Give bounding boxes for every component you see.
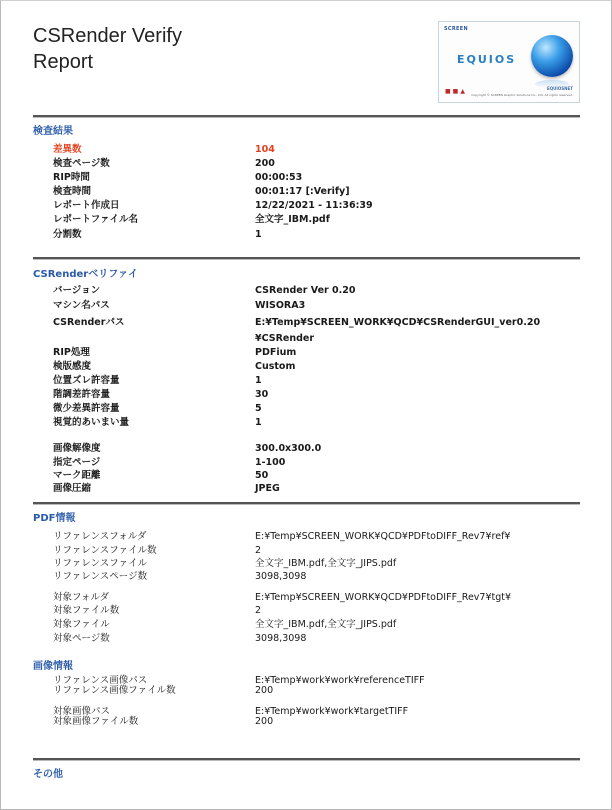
row-value: 2 xyxy=(255,545,555,556)
row-label: RIP処理 xyxy=(53,347,90,358)
row-value: 3098,3098 xyxy=(255,571,555,582)
row-label: 対象ページ数 xyxy=(53,633,110,644)
row-label: 対象ファイル xyxy=(53,619,110,630)
equios-logo: SCREEN EQUIOS ■■▲ EQUIOSNET Copyright © … xyxy=(438,21,580,103)
row-label: 画像解像度 xyxy=(53,443,101,454)
row-label: CSRenderパス xyxy=(53,317,124,328)
logo-orb-icon xyxy=(531,35,573,77)
row-label: レポートファイル名 xyxy=(53,214,138,225)
section-title-pdf-info: PDF情報 xyxy=(33,509,75,524)
row-label: 対象画像ファイル数 xyxy=(53,717,138,727)
logo-app-icons: ■■▲ xyxy=(445,88,467,95)
row-value: E:¥Temp¥work¥work¥referenceTIFF xyxy=(255,676,555,686)
row-label: 微少差異許容量 xyxy=(53,403,120,414)
row-label: リファレンスファイル xyxy=(53,558,147,569)
section-divider xyxy=(33,257,580,260)
row-value: 00:01:17 [:Verify] xyxy=(255,186,555,197)
row-value: PDFium xyxy=(255,347,555,358)
row-label: マシン名パス xyxy=(53,300,110,311)
logo-copyright: Copyright © SCREEN Graphic Solutions Co.… xyxy=(471,93,573,97)
row-label: 差異数 xyxy=(53,144,82,155)
row-label: レポート作成日 xyxy=(53,200,120,211)
row-value: 5 xyxy=(255,403,555,414)
row-label: 階調差許容量 xyxy=(53,389,110,400)
row-label: リファレンスフォルダ xyxy=(53,531,146,542)
row-value: E:¥Temp¥work¥work¥targetTIFF xyxy=(255,707,555,717)
row-value: E:¥Temp¥SCREEN_WORK¥QCD¥PDFtoDIFF_Rev7¥r… xyxy=(255,531,555,542)
logo-brand: SCREEN xyxy=(444,26,468,32)
row-value: CSRender Ver 0.20 xyxy=(255,285,555,296)
row-value: 200 xyxy=(255,158,555,169)
row-value: JPEG xyxy=(255,483,555,494)
row-label: 検版感度 xyxy=(53,361,91,372)
report-title-line1: CSRender Verify xyxy=(33,23,182,49)
section-title-other: その他 xyxy=(33,765,63,780)
logo-subtitle: EQUIOSNET xyxy=(547,86,573,91)
row-label: 画像圧縮 xyxy=(53,483,91,494)
row-label: RIP時間 xyxy=(53,172,90,183)
section-title-inspection-results: 検査結果 xyxy=(33,122,73,137)
row-label: 対象フォルダ xyxy=(53,592,109,603)
row-value: Custom xyxy=(255,361,555,372)
row-value: 全文字_IBM.pdf xyxy=(255,214,555,225)
row-value: 3098,3098 xyxy=(255,633,555,644)
report-title-line2: Report xyxy=(33,49,182,75)
row-label: 検査時間 xyxy=(53,186,91,197)
report-page: CSRender Verify Report SCREEN EQUIOS ■■▲… xyxy=(0,0,612,810)
row-value: 全文字_IBM.pdf,全文字_JIPS.pdf xyxy=(255,558,555,569)
row-label: 対象ファイル数 xyxy=(53,605,119,616)
row-value: 1 xyxy=(255,229,555,240)
section-divider xyxy=(33,758,580,761)
row-label: 分割数 xyxy=(53,229,82,240)
section-divider xyxy=(33,115,580,118)
row-value: 00:00:53 xyxy=(255,172,555,183)
row-value: 1 xyxy=(255,375,555,386)
row-label: 視覚的あいまい量 xyxy=(53,417,129,428)
row-label: マーク距離 xyxy=(53,470,101,481)
row-value: 300.0x300.0 xyxy=(255,443,555,454)
row-label: 位置ズレ許容量 xyxy=(53,375,120,386)
row-label: リファレンスファイル数 xyxy=(53,545,157,556)
row-value: WISORA3 xyxy=(255,300,555,311)
section-divider xyxy=(33,502,580,505)
row-value: 200 xyxy=(255,686,555,696)
row-value: 200 xyxy=(255,717,555,727)
row-label: バージョン xyxy=(53,285,100,296)
row-value: 104 xyxy=(255,144,555,155)
row-value: 1 xyxy=(255,417,555,428)
row-label: リファレンスページ数 xyxy=(53,571,147,582)
row-value: 1-100 xyxy=(255,457,555,468)
row-value: 50 xyxy=(255,470,555,481)
logo-product: EQUIOS xyxy=(457,53,516,66)
row-label: 指定ページ xyxy=(53,457,100,468)
row-value: E:¥Temp¥SCREEN_WORK¥QCD¥CSRenderGUI_ver0… xyxy=(255,315,547,347)
row-value: E:¥Temp¥SCREEN_WORK¥QCD¥PDFtoDIFF_Rev7¥t… xyxy=(255,592,555,603)
section-title-csrender-verify: CSRenderベリファイ xyxy=(33,265,138,280)
section-title-image-info: 画像情報 xyxy=(33,657,73,672)
row-label: 検査ページ数 xyxy=(53,158,110,169)
row-value: 2 xyxy=(255,605,555,616)
report-title: CSRender Verify Report xyxy=(33,23,182,75)
row-label: リファレンス画像ファイル数 xyxy=(53,686,176,696)
row-value: 30 xyxy=(255,389,555,400)
row-value: 12/22/2021 - 11:36:39 xyxy=(255,200,555,211)
row-value: 全文字_IBM.pdf,全文字_JIPS.pdf xyxy=(255,619,555,630)
